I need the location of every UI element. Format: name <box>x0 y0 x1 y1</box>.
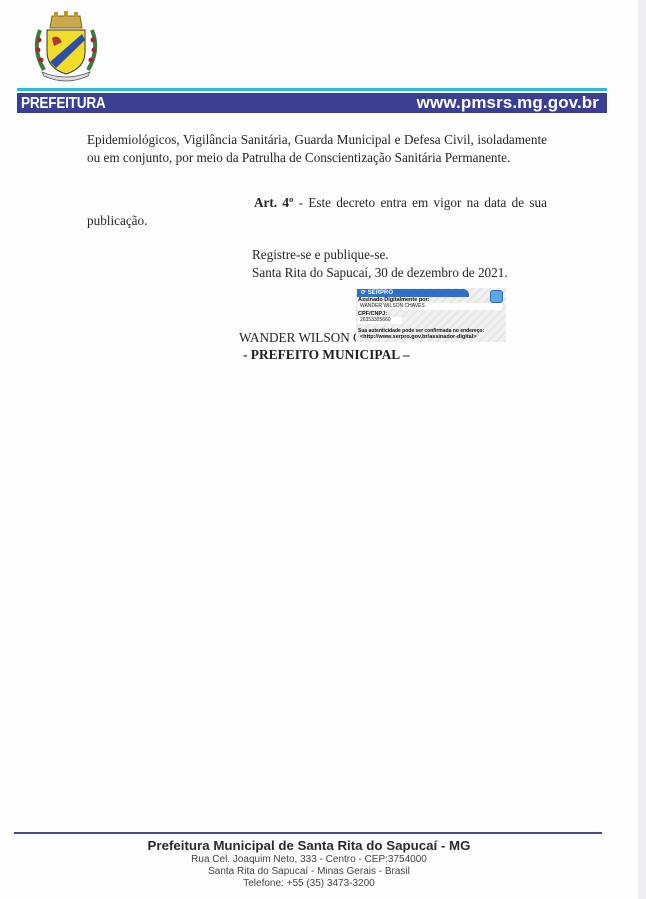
serpro-logo-icon: ⟳ <box>361 290 368 296</box>
document-page: PREFEITURA www.pmsrs.mg.gov.br Epidemiol… <box>0 0 638 899</box>
footer-title: Prefeitura Municipal de Santa Rita do Sa… <box>0 837 618 854</box>
website-link[interactable]: www.pmsrs.mg.gov.br <box>417 93 599 113</box>
coat-of-arms-icon <box>30 10 102 82</box>
viewer-scrollbar-track[interactable] <box>638 0 646 899</box>
brand-label: PREFEITURA <box>21 93 106 113</box>
cpf-value: 26353305660 <box>358 317 402 324</box>
certificate-icon <box>490 290 503 303</box>
footer-city: Santa Rita do Sapucaí - Minas Gerais - B… <box>0 866 618 878</box>
article-label: Art. 4º <box>254 195 293 210</box>
closing-registre: Registre-se e publique-se. <box>252 246 508 264</box>
serpro-header: ⟳ SERPRO <box>357 289 469 297</box>
signatory-name: WANDER WILSON C <box>239 330 362 346</box>
footer-divider <box>14 832 602 834</box>
stamp-provider: SERPRO <box>368 290 393 296</box>
article-text: - Este decreto entra em vigor na data de… <box>87 195 547 228</box>
signed-by-value: WANDER WILSON CHAVES <box>358 303 502 310</box>
verify-url[interactable]: <http://www.serpro.gov.br/assinador-digi… <box>358 334 478 341</box>
closing-place-date: Santa Rita do Sapucaí, 30 de dezembro de… <box>252 264 508 282</box>
footer: Prefeitura Municipal de Santa Rita do Sa… <box>0 837 618 890</box>
article-4: Art. 4º - Este decreto entra em vigor na… <box>87 194 547 230</box>
footer-phone: Telefone: +55 (35) 3473-3200 <box>0 878 618 890</box>
footer-address: Rua Cel. Joaquim Neto, 333 - Centro - CE… <box>0 854 618 866</box>
header-accent-line <box>17 88 607 91</box>
header-bar: PREFEITURA www.pmsrs.mg.gov.br <box>17 93 607 113</box>
signatory-title: - PREFEITO MUNICIPAL – <box>243 347 410 363</box>
digital-signature-stamp: ⟳ SERPRO Assinado Digitalmente por: WAND… <box>356 288 506 342</box>
closing-block: Registre-se e publique-se. Santa Rita do… <box>252 246 508 282</box>
paragraph-continuation: Epidemiológicos, Vigilância Sanitária, G… <box>87 131 547 167</box>
